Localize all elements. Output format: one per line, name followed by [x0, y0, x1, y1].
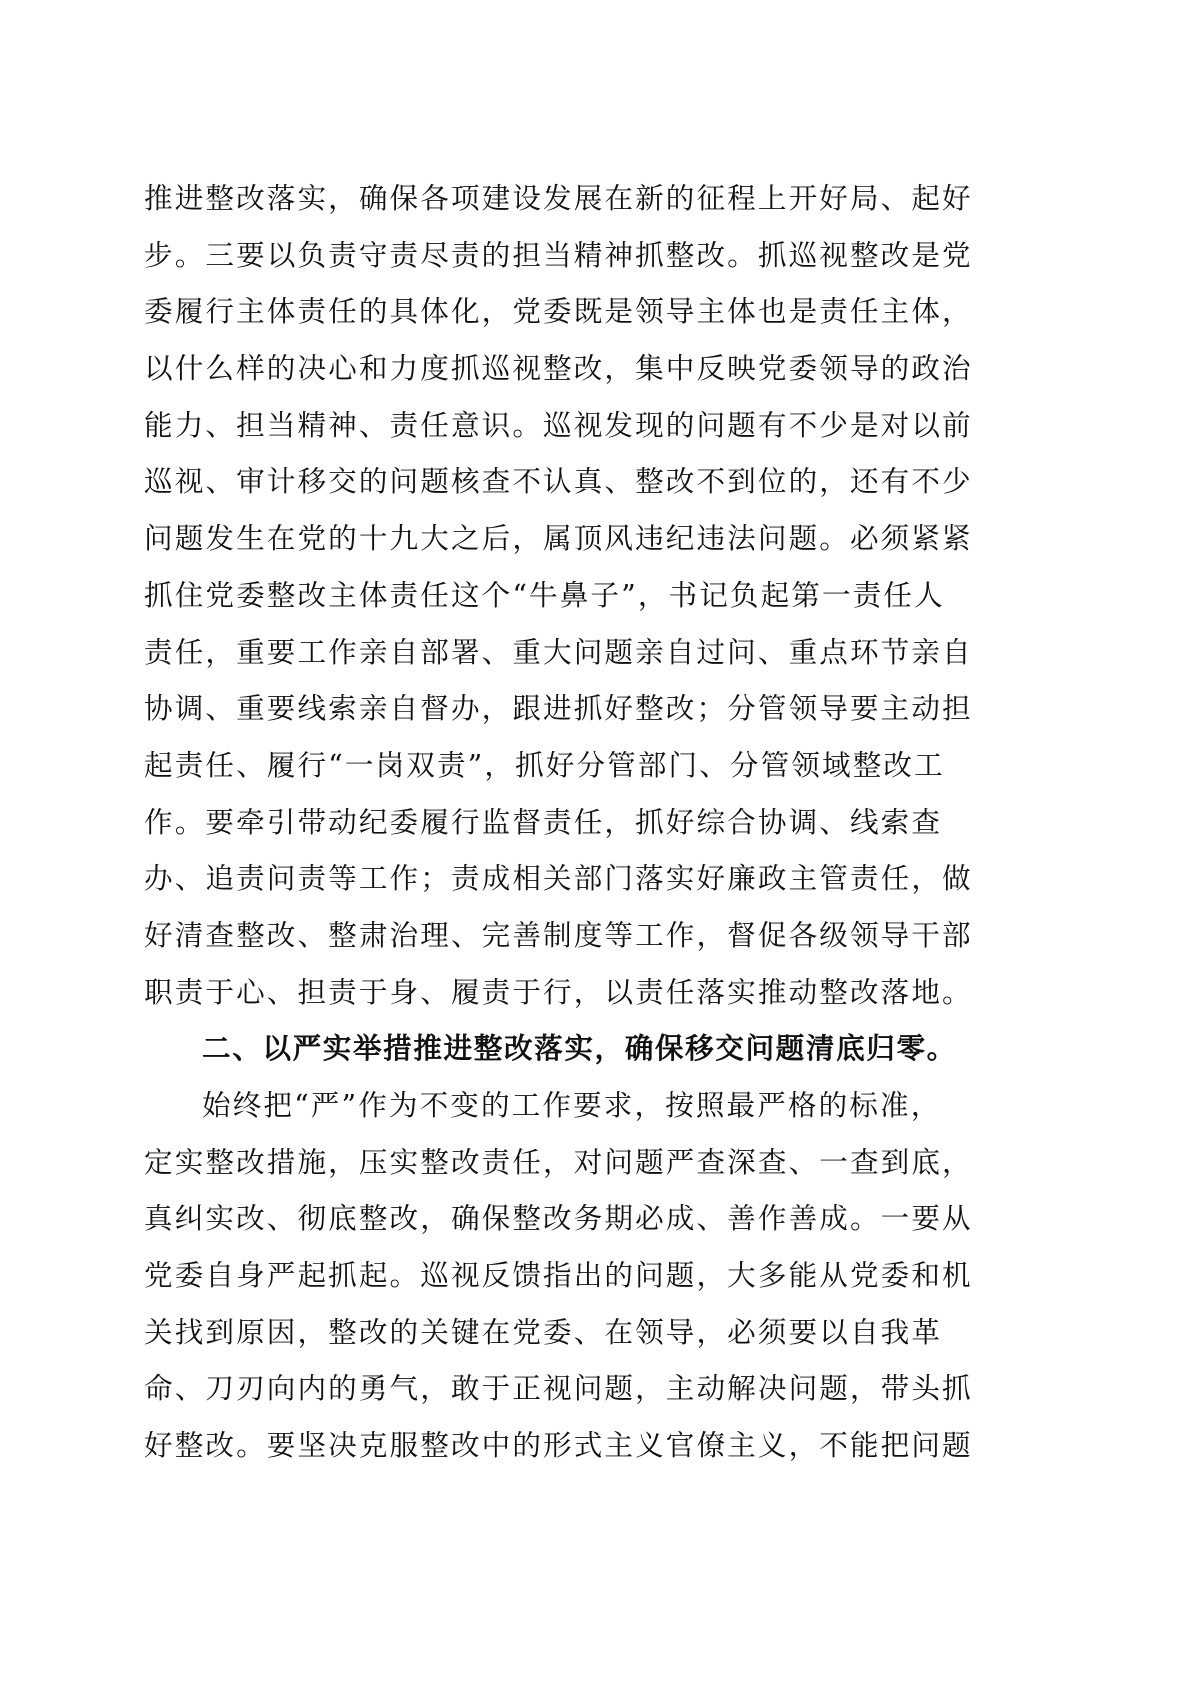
text-line: 以什么样的决心和力度抓巡视整改，集中反映党委领导的政治 [144, 340, 1044, 397]
text-line: 能力、担当精神、责任意识。巡视发现的问题有不少是对以前 [144, 397, 1044, 454]
text-line: 协调、重要线索亲自督办，跟进抓好整改；分管领导要主动担 [144, 680, 1044, 737]
section-heading: 二、以严实举措推进整改落实，确保移交问题清底归零。 [144, 1020, 1044, 1077]
document-body: 推进整改落实，确保各项建设发展在新的征程上开好局、起好 步。三要以负责守责尽责的… [144, 170, 1044, 1474]
text-line: 委履行主体责任的具体化，党委既是领导主体也是责任主体， [144, 283, 1044, 340]
text-line: 职责于心、担责于身、履责于行，以责任落实推动整改落地。 [144, 964, 1044, 1021]
text-line: 巡视、审计移交的问题核查不认真、整改不到位的，还有不少 [144, 453, 1044, 510]
text-line: 命、刀刃向内的勇气，敢于正视问题，主动解决问题，带头抓 [144, 1360, 1044, 1417]
text-line: 推进整改落实，确保各项建设发展在新的征程上开好局、起好 [144, 170, 1044, 227]
text-line: 作。要牵引带动纪委履行监督责任，抓好综合协调、线索查 [144, 794, 1044, 851]
text-line: 办、追责问责等工作；责成相关部门落实好廉政主管责任，做 [144, 850, 1044, 907]
text-line: 党委自身严起抓起。巡视反馈指出的问题，大多能从党委和机 [144, 1247, 1044, 1304]
paragraph-first-line: 始终把“严”作为不变的工作要求，按照最严格的标准， [144, 1077, 1044, 1134]
document-page: 推进整改落实，确保各项建设发展在新的征程上开好局、起好 步。三要以负责守责尽责的… [0, 0, 1190, 1683]
text-line: 步。三要以负责守责尽责的担当精神抓整改。抓巡视整改是党 [144, 227, 1044, 284]
text-line: 问题发生在党的十九大之后，属顶风违纪违法问题。必须紧紧 [144, 510, 1044, 567]
text-line: 关找到原因，整改的关键在党委、在领导，必须要以自我革 [144, 1304, 1044, 1361]
text-line: 定实整改措施，压实整改责任，对问题严查深查、一查到底， [144, 1134, 1044, 1191]
text-line: 好整改。要坚决克服整改中的形式主义官僚主义，不能把问题 [144, 1417, 1044, 1474]
text-line: 好清查整改、整肃治理、完善制度等工作，督促各级领导干部 [144, 907, 1044, 964]
text-line: 责任，重要工作亲自部署、重大问题亲自过问、重点环节亲自 [144, 624, 1044, 681]
text-line: 起责任、履行“一岗双责”，抓好分管部门、分管领域整改工 [144, 737, 1044, 794]
text-line: 真纠实改、彻底整改，确保整改务期必成、善作善成。一要从 [144, 1190, 1044, 1247]
text-line: 抓住党委整改主体责任这个“牛鼻子”，书记负起第一责任人 [144, 567, 1044, 624]
